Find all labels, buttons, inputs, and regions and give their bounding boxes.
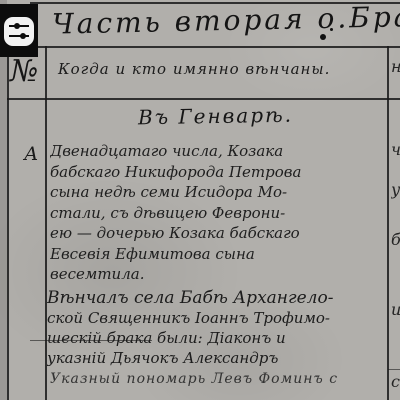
right-column-text-fragment: б <box>391 230 400 249</box>
sliders-filter-icon <box>4 17 34 46</box>
right-column-divider <box>388 369 400 370</box>
right-column-text-fragment: и <box>391 300 400 319</box>
clergy-line: указній Дьячокъ Александръ <box>47 348 388 368</box>
entry-line: весемтила. <box>50 264 388 285</box>
right-column-text-fragment: у <box>391 180 400 199</box>
clerk-note-line: Указный пономарь Левъ Фоминъ с <box>50 371 388 387</box>
clergy-line: Вѣнчалъ села Бабѣ Архангело- <box>47 288 388 308</box>
entry-line: бабскаго Никифорода Петрова <box>50 162 388 183</box>
clergy-line: ской Священникъ Іоаннъ Трофимо- <box>47 308 388 328</box>
filters-icon-button[interactable] <box>0 4 38 57</box>
month-heading: Въ Генварѣ. <box>138 103 293 130</box>
entry-line: Двенадцатаго числа, Козака <box>50 141 388 162</box>
clergy-line: шескій брака были: Діаконъ и <box>47 328 388 348</box>
table-rule-below-header-row <box>7 98 400 100</box>
page-left-edge-shade <box>0 0 7 400</box>
clergy-note-text: Вѣнчалъ села Бабѣ Архангело- ской Священ… <box>47 288 388 368</box>
part-heading: Часть вторая о.Бра <box>52 0 400 40</box>
right-column-text-fragment: н <box>391 57 400 76</box>
slider-track-icon <box>9 25 29 28</box>
slider-knob-icon <box>14 23 20 29</box>
entry-line: ею — дочерью Козака бабскаго <box>50 223 388 244</box>
right-column-text-fragment: ч <box>391 140 400 159</box>
entry-line: Евсевія Ефимитова сына <box>50 244 388 265</box>
number-column-mark: № <box>10 54 38 89</box>
slider-knob-icon <box>20 33 26 39</box>
entry-line: стали, съ дѣвицею Феврони- <box>50 203 388 224</box>
marriage-entry-text: Двенадцатаго числа, Козака бабскаго Ники… <box>50 141 388 285</box>
table-rule-below-heading <box>0 46 400 48</box>
slider-track-icon <box>9 35 29 38</box>
header-row-title: Когда и кто имянно вѣнчаны. <box>58 60 330 78</box>
entry-number: А <box>24 143 38 165</box>
right-column-text-fragment: с <box>391 372 400 391</box>
manuscript-page: Часть вторая о.Бра № Когда и кто имянно … <box>0 0 400 400</box>
entry-line: сына недѣ семи Исидора Мо- <box>50 182 388 203</box>
table-left-vertical-rule <box>7 46 9 400</box>
